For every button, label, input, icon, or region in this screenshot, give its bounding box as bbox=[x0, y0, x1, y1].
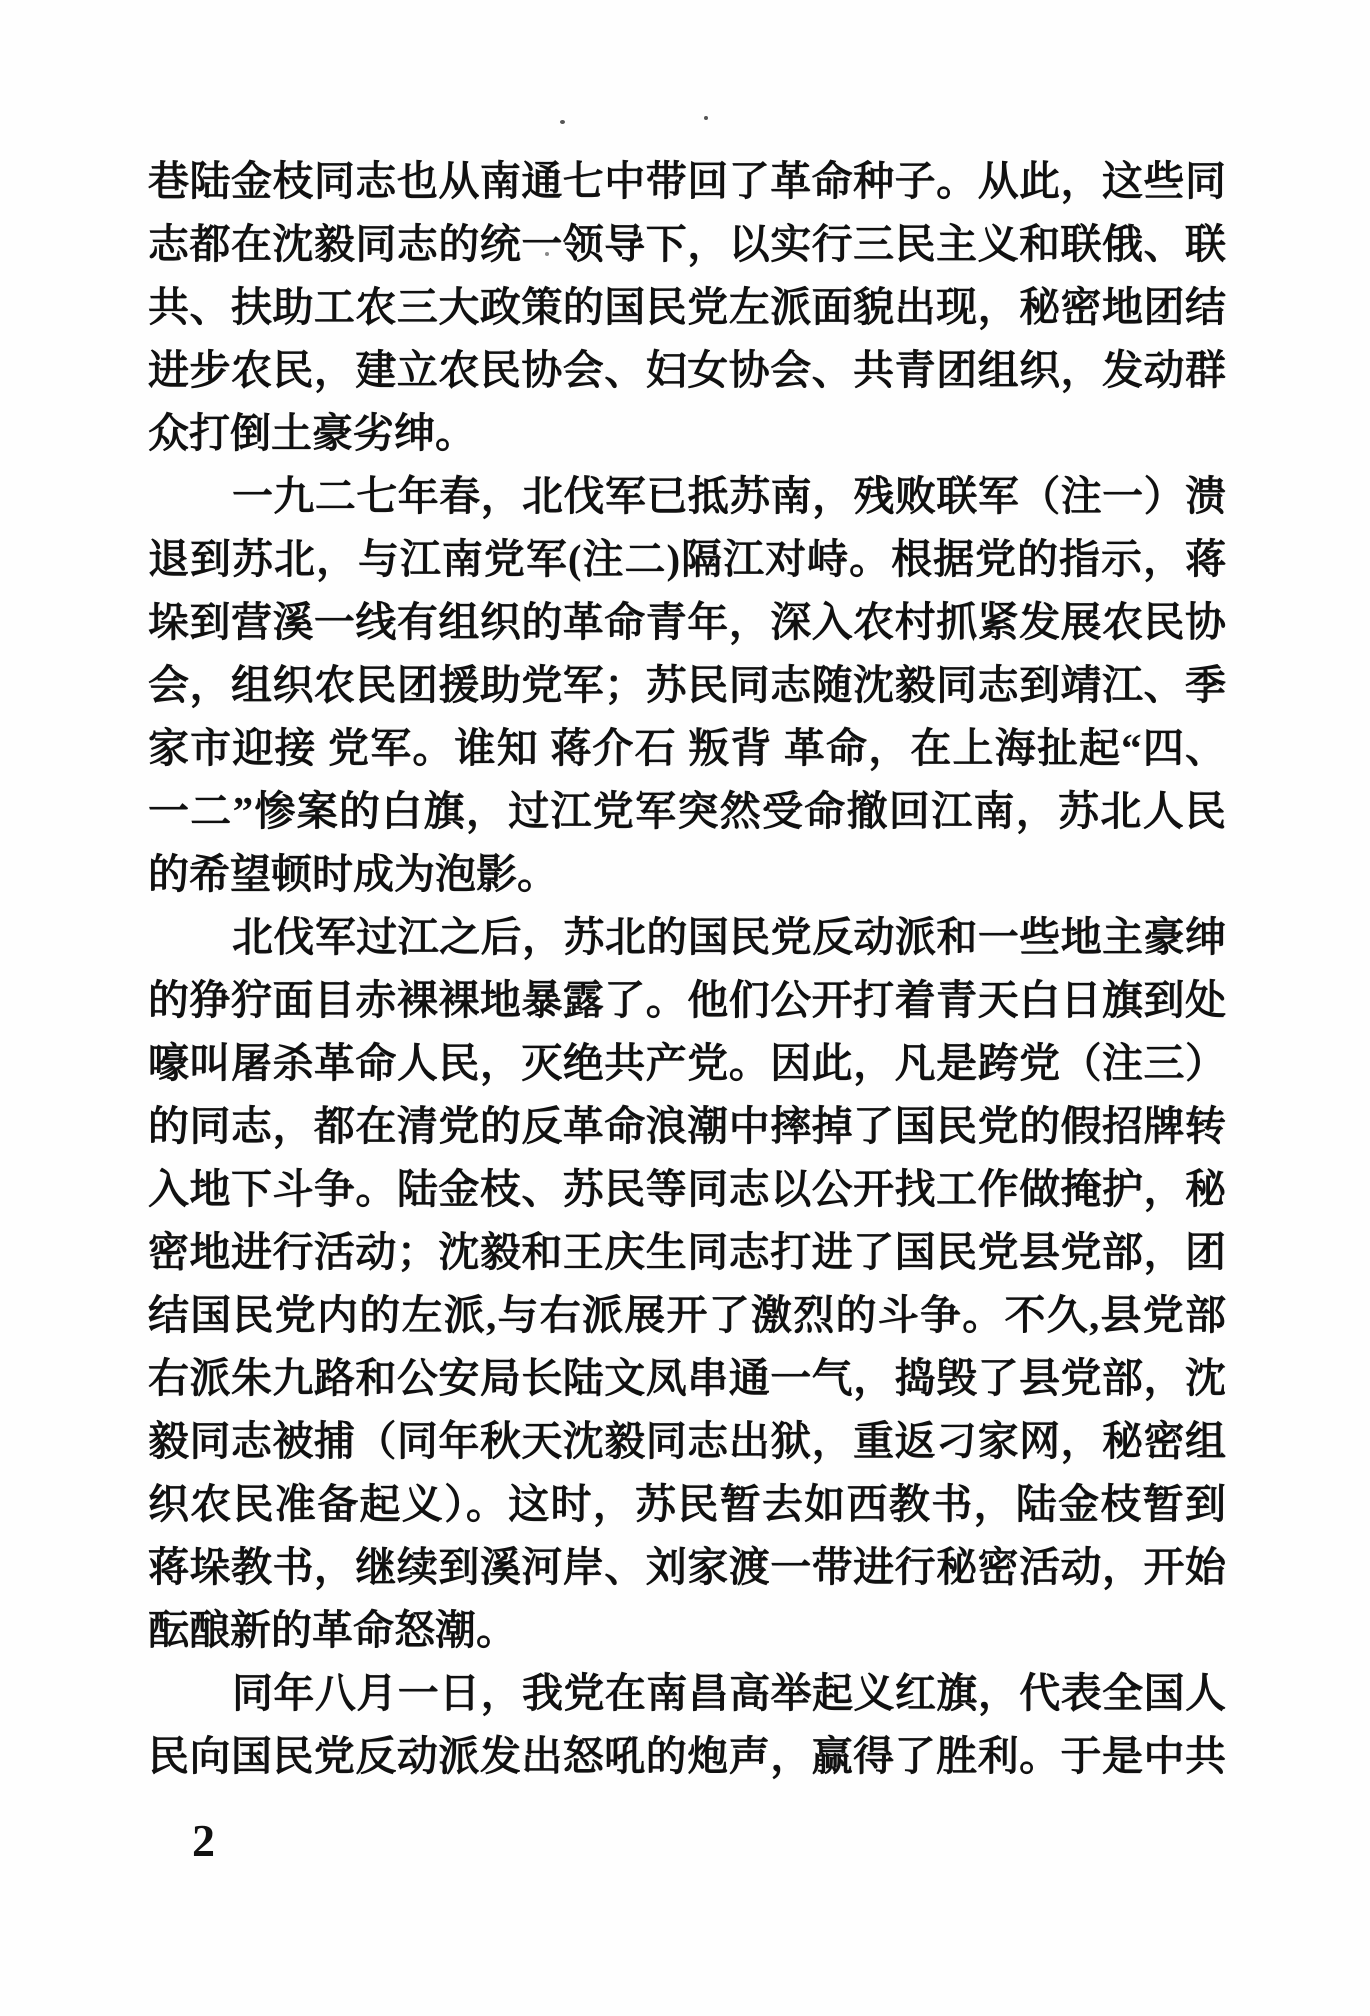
text-line: 巷陆金枝同志也从南通七中带回了革命种子。从此，这些同 bbox=[148, 150, 1226, 213]
text-line: 密地进行活动；沈毅和王庆生同志打进了国民党县党部，团 bbox=[148, 1221, 1226, 1284]
text-line: 的同志，都在清党的反革命浪潮中摔掉了国民党的假招牌转 bbox=[148, 1095, 1226, 1158]
book-page: 巷陆金枝同志也从南通七中带回了革命种子。从此，这些同 志都在沈毅同志的统一领导下… bbox=[0, 0, 1370, 2016]
text-line: 一二”惨案的白旗，过江党军突然受命撤回江南，苏北人民 bbox=[148, 780, 1226, 843]
text-line: 北伐军过江之后，苏北的国民党反动派和一些地主豪绅 bbox=[148, 906, 1226, 969]
text-line: 志都在沈毅同志的统一领导下，以实行三民主义和联俄、联 bbox=[148, 213, 1226, 276]
text-line: 众打倒土豪劣绅。 bbox=[148, 402, 1226, 465]
text-line: 右派朱九路和公安局长陆文凤串通一气，捣毁了县党部，沈 bbox=[148, 1347, 1226, 1410]
text-line: 民向国民党反动派发出怒吼的炮声，赢得了胜利。于是中共 bbox=[148, 1725, 1226, 1788]
text-line: 会，组织农民团援助党军；苏民同志随沈毅同志到靖江、季 bbox=[148, 654, 1226, 717]
text-line: 嚎叫屠杀革命人民，灭绝共产党。因此，凡是跨党（注三） bbox=[148, 1032, 1226, 1095]
text-line: 毅同志被捕（同年秋天沈毅同志出狱，重返刁家网，秘密组 bbox=[148, 1410, 1226, 1473]
page-number: 2 bbox=[192, 1818, 215, 1864]
text-line: 入地下斗争。陆金枝、苏民等同志以公开找工作做掩护，秘 bbox=[148, 1158, 1226, 1221]
text-line: 酝酿新的革命怒潮。 bbox=[148, 1599, 1226, 1662]
text-line: 进步农民，建立农民协会、妇女协会、共青团组织，发动群 bbox=[148, 339, 1226, 402]
text-line: 结国民党内的左派,与右派展开了激烈的斗争。不久,县党部 bbox=[148, 1284, 1226, 1347]
text-line: 蒋垛教书，继续到溪河岸、刘家渡一带进行秘密活动，开始 bbox=[148, 1536, 1226, 1599]
text-line: 织农民准备起义）。这时，苏民暂去如西教书，陆金枝暂到 bbox=[148, 1473, 1226, 1536]
scan-speck bbox=[560, 120, 565, 124]
scan-speck bbox=[704, 116, 708, 120]
text-line: 同年八月一日，我党在南昌高举起义红旗，代表全国人 bbox=[148, 1662, 1226, 1725]
text-line: 一九二七年春，北伐军已抵苏南，残败联军（注一）溃 bbox=[148, 465, 1226, 528]
text-line: 家市迎接 党军。谁知 蒋介石 叛背 革命，在上海扯起“四、 bbox=[148, 717, 1226, 780]
text-line: 共、扶助工农三大政策的国民党左派面貌出现，秘密地团结 bbox=[148, 276, 1226, 339]
text-line: 的希望顿时成为泡影。 bbox=[148, 843, 1226, 906]
text-line: 退到苏北，与江南党军(注二)隔江对峙。根据党的指示，蒋 bbox=[148, 528, 1226, 591]
text-line: 垛到营溪一线有组织的革命青年，深入农村抓紧发展农民协 bbox=[148, 591, 1226, 654]
body-text: 巷陆金枝同志也从南通七中带回了革命种子。从此，这些同 志都在沈毅同志的统一领导下… bbox=[148, 150, 1226, 1788]
text-line: 的狰狞面目赤裸裸地暴露了。他们公开打着青天白日旗到处 bbox=[148, 969, 1226, 1032]
